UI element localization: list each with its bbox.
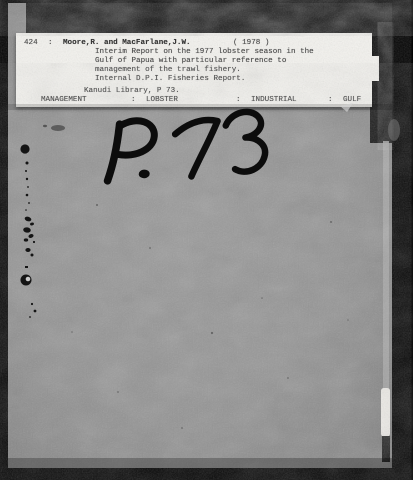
title-line: Internal D.P.I. Fisheries Report. bbox=[16, 75, 372, 84]
title-line: management of the trawl fishery. bbox=[16, 66, 372, 75]
film-edge-tab-shadow bbox=[382, 436, 390, 462]
card-edge-notch bbox=[372, 56, 379, 81]
library-note: Kanudi Library, P 73. bbox=[16, 87, 372, 96]
title-line: Interim Report on the 1977 lobster seaso… bbox=[16, 48, 372, 57]
keyword: LOBSTER bbox=[146, 96, 178, 105]
catalog-card-scan: 424 : Moore,R. and MacFarlane,J.W. ( 197… bbox=[0, 0, 413, 480]
scanned-page: 424 : Moore,R. and MacFarlane,J.W. ( 197… bbox=[8, 3, 392, 468]
film-edge-tab bbox=[381, 388, 390, 438]
keyword-separator: : bbox=[236, 96, 241, 105]
entry-number: 424 bbox=[24, 39, 38, 48]
entry-separator: : bbox=[48, 39, 53, 48]
keywords-line: MANAGEMENT : LOBSTER : INDUSTRIAL : GULF bbox=[16, 96, 372, 105]
keyword-separator: : bbox=[328, 96, 333, 105]
keyword: INDUSTRIAL bbox=[251, 96, 297, 105]
authors: Moore,R. and MacFarlane,J.W. bbox=[63, 39, 191, 48]
title-line: Gulf of Papua with particular reference … bbox=[16, 57, 372, 66]
keyword-separator: : bbox=[131, 96, 136, 105]
keyword: GULF bbox=[343, 96, 361, 105]
catalog-card: 424 : Moore,R. and MacFarlane,J.W. ( 197… bbox=[16, 33, 372, 107]
card-heading-line: 424 : Moore,R. and MacFarlane,J.W. ( 197… bbox=[16, 39, 372, 48]
film-header-band bbox=[26, 3, 392, 34]
publication-year: ( 1978 ) bbox=[233, 39, 269, 48]
keyword: MANAGEMENT bbox=[41, 96, 87, 105]
film-header-band-right bbox=[370, 31, 392, 143]
